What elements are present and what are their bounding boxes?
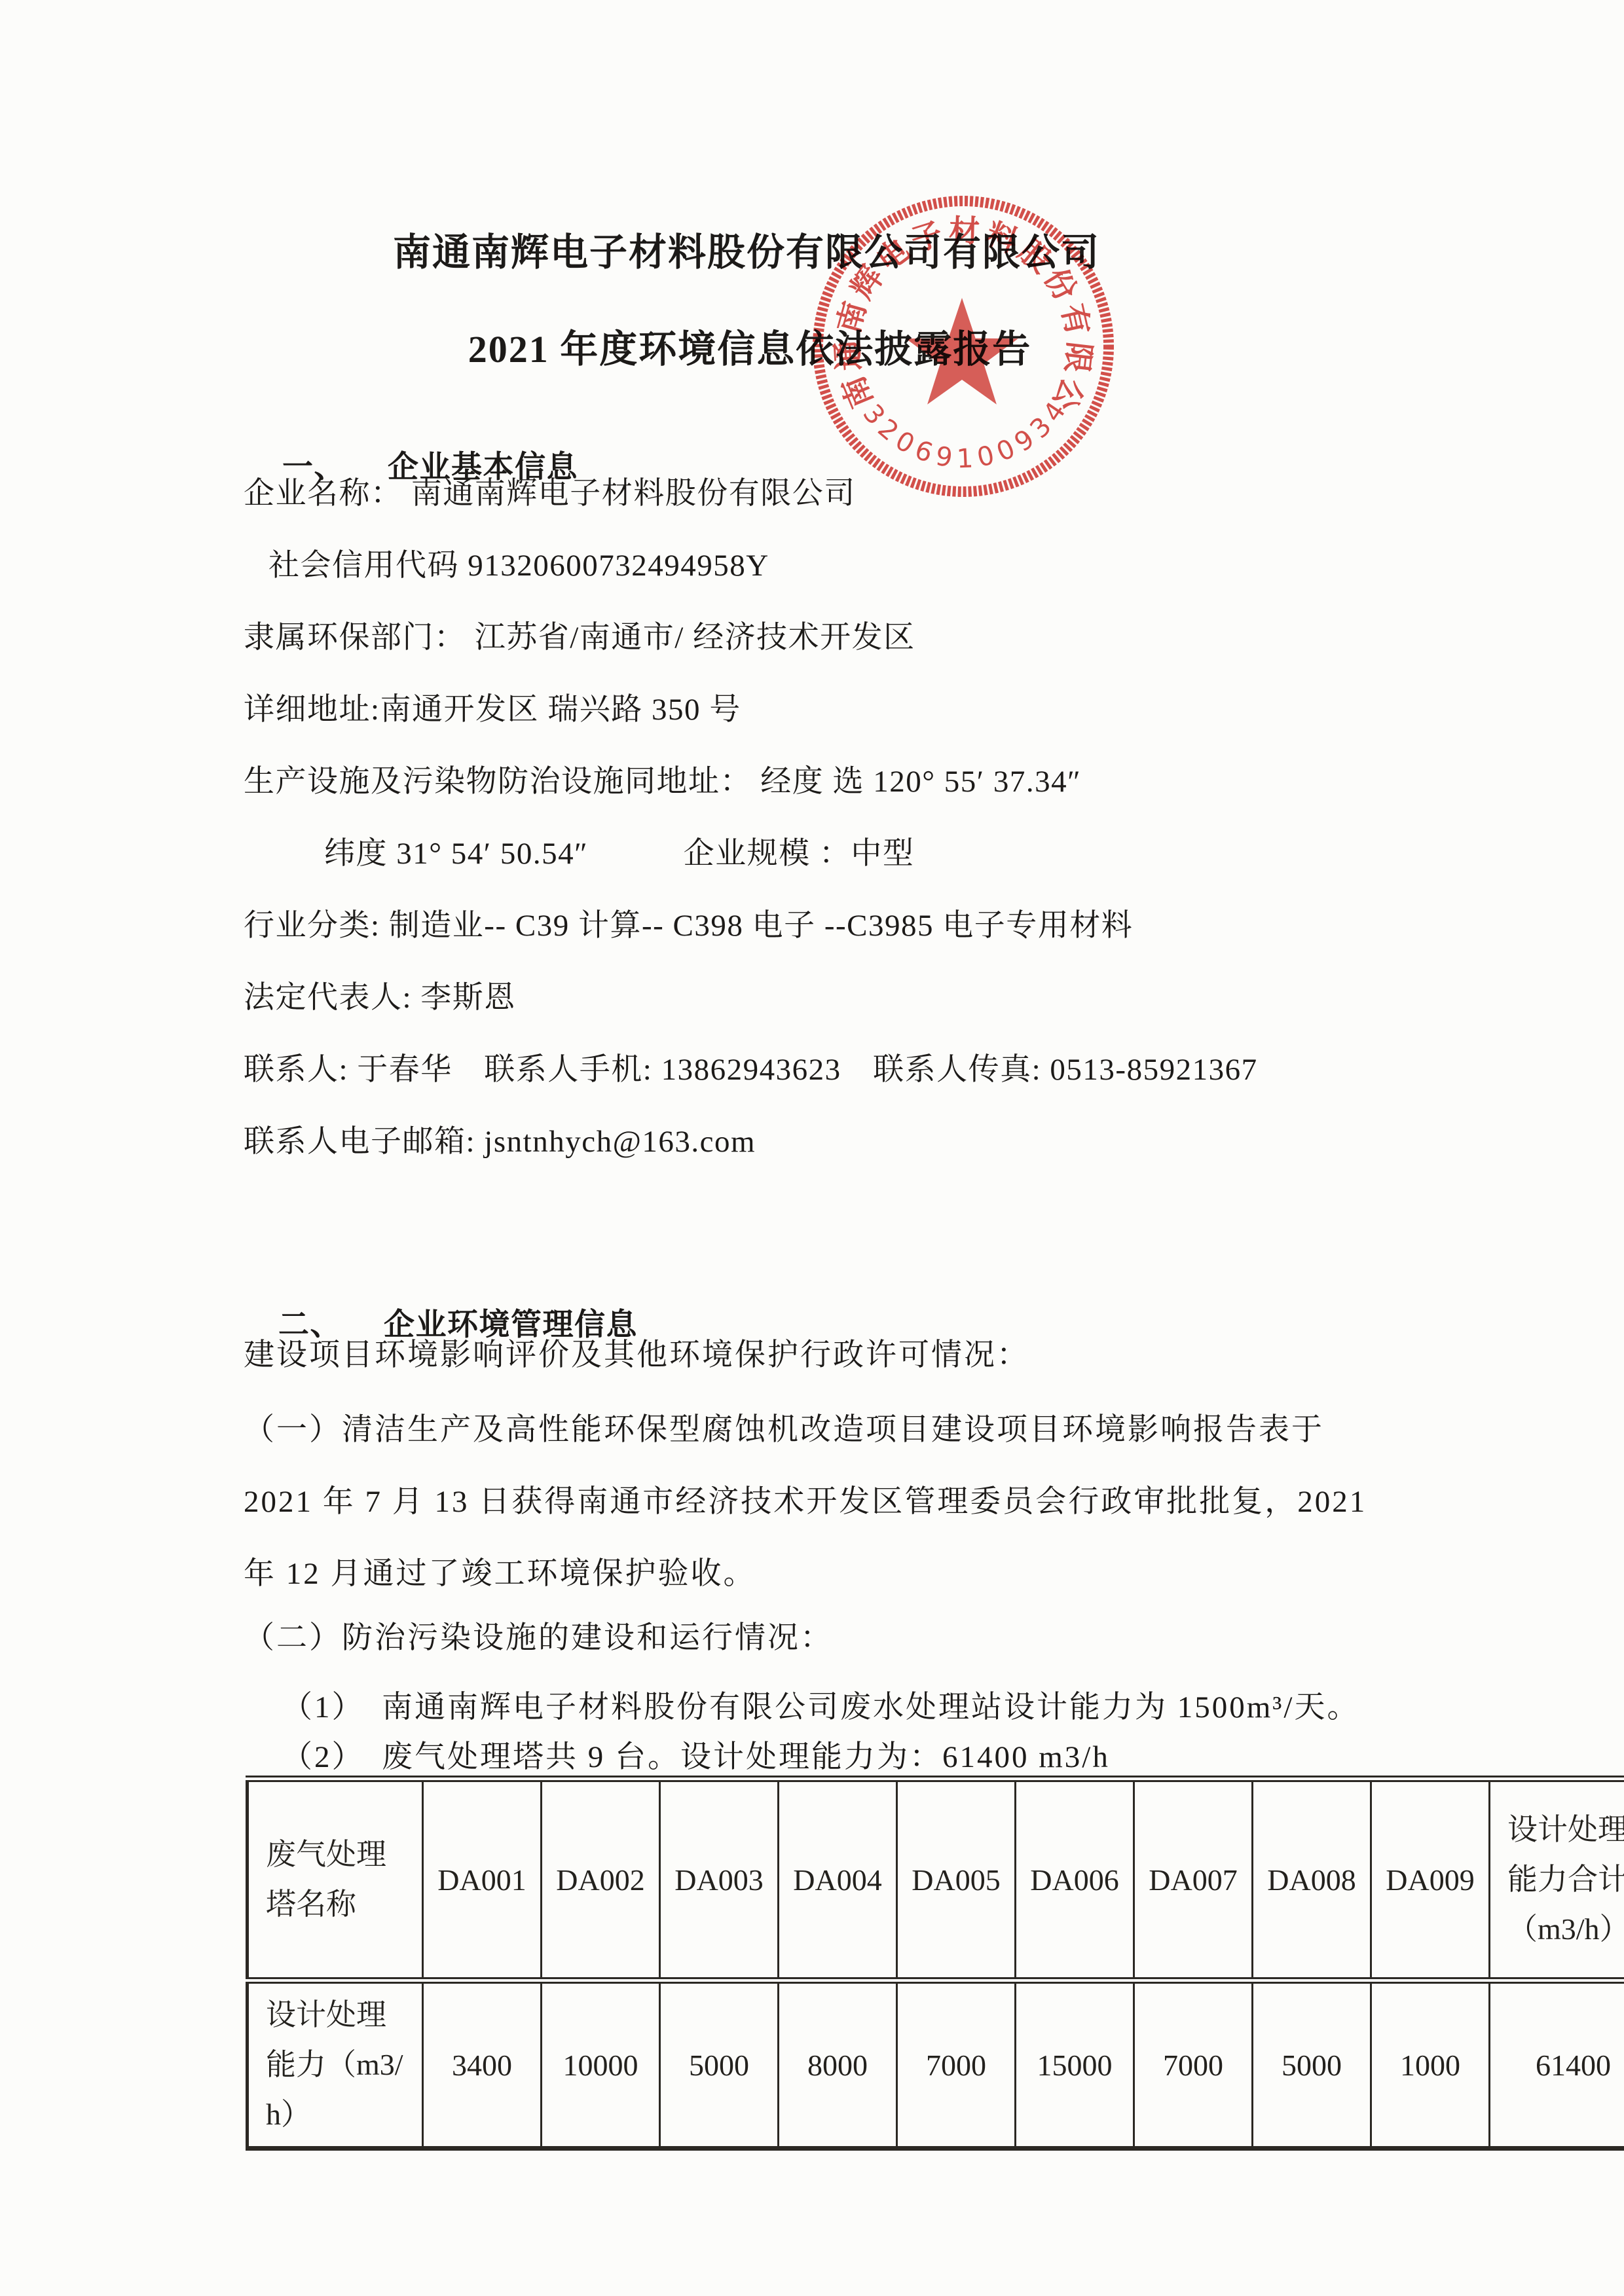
project-line-3: 年 12 月通过了竣工环境保护验收。	[244, 1553, 756, 1595]
document-subtitle: 2021 年度环境信息依法披露报告	[0, 318, 1500, 373]
waste-gas-table: 废气处理塔名称 DA001 DA002 DA003 DA004 DA005 DA…	[246, 1776, 1624, 2151]
table-header-da008: DA008	[1253, 1779, 1371, 1980]
capacity-da006: 15000	[1016, 1980, 1134, 2149]
contact-line: 联系人: 于春华 联系人手机: 13862943623 联系人传真: 0513-…	[244, 1049, 1258, 1091]
table-header-row: 废气处理塔名称 DA001 DA002 DA003 DA004 DA005 DA…	[248, 1779, 1624, 1980]
industry-class-line: 行业分类: 制造业-- C39 计算-- C398 电子 --C3985 电子专…	[244, 905, 1133, 947]
permit-intro-line: 建设项目环境影响评价及其他环境保护行政许可情况：	[244, 1334, 1029, 1376]
latitude-scale-line: 纬度 31° 54′ 50.54″ 企业规模 ：中型	[324, 833, 914, 875]
project-line-1: （一）清洁生产及高性能环保型腐蚀机改造项目建设项目环境影响报告表于	[244, 1409, 1324, 1451]
table-header-tower-name: 废气处理塔名称	[248, 1779, 423, 1980]
capacity-da004: 8000	[779, 1980, 897, 2149]
table-row-label: 设计处理能力（m3/h）	[248, 1980, 423, 2149]
table-header-da001: DA001	[423, 1779, 542, 1980]
table-header-da004: DA004	[779, 1779, 897, 1980]
table-header-da007: DA007	[1134, 1779, 1253, 1980]
credit-code-line: 社会信用代码 91320600732494958Y	[268, 545, 769, 587]
pollution-control-line: （二）防治污染设施的建设和运行情况：	[244, 1617, 833, 1659]
document-page: 南通南辉电子材料股份有限公司有限公司 2021 年度环境信息依法披露报告 南通南…	[0, 0, 1624, 2296]
facility-longitude-line: 生产设施及污染物防治设施同地址： 经度 选 120° 55′ 37.34″	[244, 761, 1081, 803]
table-header-da009: DA009	[1371, 1779, 1490, 1980]
capacity-da007: 7000	[1134, 1980, 1253, 2149]
document-title: 南通南辉电子材料股份有限公司有限公司	[0, 221, 1493, 276]
table-header-total: 设计处理能力合计（m3/h）	[1490, 1779, 1624, 1980]
table-header-da002: DA002	[542, 1779, 660, 1980]
seal-company-text: 南通南辉电子材料股份有限公司	[793, 163, 1096, 418]
capacity-da002: 10000	[542, 1980, 660, 2149]
address-line: 详细地址:南通开发区 瑞兴路 350 号	[244, 689, 741, 731]
waste-gas-line: （2） 废气处理塔共 9 台。设计处理能力为：61400 m3/h	[282, 1736, 1110, 1778]
env-department-line: 隶属环保部门： 江苏省/南通市/ 经济技术开发区	[244, 617, 915, 659]
capacity-da005: 7000	[897, 1980, 1016, 2149]
table-header-da005: DA005	[897, 1779, 1016, 1980]
capacity-da008: 5000	[1253, 1980, 1371, 2149]
contact-email-line: 联系人电子邮箱: jsntnhych@163.com	[244, 1121, 756, 1163]
company-name-line: 企业名称： 南通南辉电子材料股份有限公司	[244, 473, 856, 515]
table-header-da003: DA003	[660, 1779, 779, 1980]
capacity-da009: 1000	[1371, 1980, 1490, 2149]
legal-rep-line: 法定代表人: 李斯恩	[244, 977, 516, 1019]
table-data-row: 设计处理能力（m3/h） 3400 10000 5000 8000 7000 1…	[248, 1980, 1624, 2149]
wastewater-line: （1） 南通南辉电子材料股份有限公司废水处理站设计能力为 1500m³/天。	[282, 1686, 1359, 1728]
capacity-da003: 5000	[660, 1980, 779, 2149]
capacity-da001: 3400	[423, 1980, 542, 2149]
table-header-da006: DA006	[1016, 1779, 1134, 1980]
capacity-total: 61400	[1490, 1980, 1624, 2149]
project-line-2: 2021 年 7 月 13 日获得南通市经济技术开发区管理委员会行政审批批复，2…	[244, 1481, 1367, 1523]
